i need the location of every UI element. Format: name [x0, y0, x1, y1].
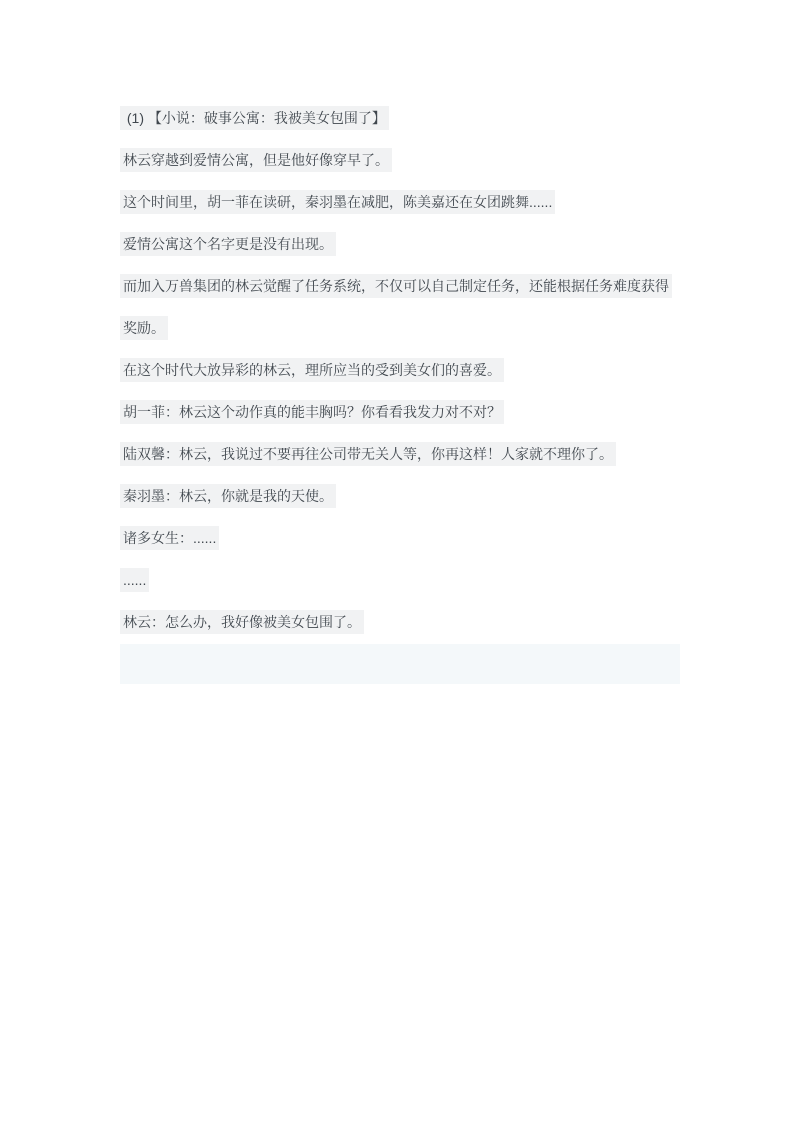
paragraph-1: 林云穿越到爱情公寓，但是他好像穿早了。 [120, 139, 682, 181]
novel-page: (1) 【小说：破事公寓：我被美女包围了】 林云穿越到爱情公寓，但是他好像穿早了… [0, 0, 800, 1132]
novel-content-column: (1) 【小说：破事公寓：我被美女包围了】 林云穿越到爱情公寓，但是他好像穿早了… [0, 0, 800, 684]
paragraph-6-text: 胡一菲：林云这个动作真的能丰胸吗？你看看我发力对不对？ [120, 400, 504, 424]
paragraph-6: 胡一菲：林云这个动作真的能丰胸吗？你看看我发力对不对？ [120, 391, 682, 433]
empty-highlight-box [120, 644, 680, 684]
paragraph-title-text: (1) 【小说：破事公寓：我被美女包围了】 [120, 106, 389, 130]
paragraph-2: 这个时间里，胡一菲在读研，秦羽墨在减肥，陈美嘉还在女团跳舞...... [120, 181, 682, 223]
paragraph-7: 陆双馨：林云，我说过不要再往公司带无关人等，你再这样！人家就不理你了。 [120, 433, 682, 475]
paragraph-5: 在这个时代大放异彩的林云，理所应当的受到美女们的喜爱。 [120, 349, 682, 391]
paragraph-9-text: 诸多女生：...... [120, 526, 219, 550]
paragraph-4-text: 而加入万兽集团的林云觉醒了任务系统，不仅可以自己制定任务，还能根据任务难度获得奖… [120, 274, 672, 340]
paragraph-7-text: 陆双馨：林云，我说过不要再往公司带无关人等，你再这样！人家就不理你了。 [120, 442, 616, 466]
paragraph-4: 而加入万兽集团的林云觉醒了任务系统，不仅可以自己制定任务，还能根据任务难度获得奖… [120, 265, 682, 349]
paragraph-1-text: 林云穿越到爱情公寓，但是他好像穿早了。 [120, 148, 392, 172]
paragraph-title: (1) 【小说：破事公寓：我被美女包围了】 [120, 97, 682, 139]
paragraph-2-text: 这个时间里，胡一菲在读研，秦羽墨在减肥，陈美嘉还在女团跳舞...... [120, 190, 555, 214]
paragraph-5-text: 在这个时代大放异彩的林云，理所应当的受到美女们的喜爱。 [120, 358, 504, 382]
paragraph-8: 秦羽墨：林云，你就是我的天使。 [120, 475, 682, 517]
paragraph-10: ...... [120, 559, 682, 601]
paragraph-11: 林云：怎么办，我好像被美女包围了。 [120, 601, 682, 643]
paragraph-10-text: ...... [120, 568, 149, 592]
paragraph-8-text: 秦羽墨：林云，你就是我的天使。 [120, 484, 336, 508]
paragraph-3-text: 爱情公寓这个名字更是没有出现。 [120, 232, 336, 256]
paragraph-11-text: 林云：怎么办，我好像被美女包围了。 [120, 610, 364, 634]
paragraph-3: 爱情公寓这个名字更是没有出现。 [120, 223, 682, 265]
paragraph-9: 诸多女生：...... [120, 517, 682, 559]
